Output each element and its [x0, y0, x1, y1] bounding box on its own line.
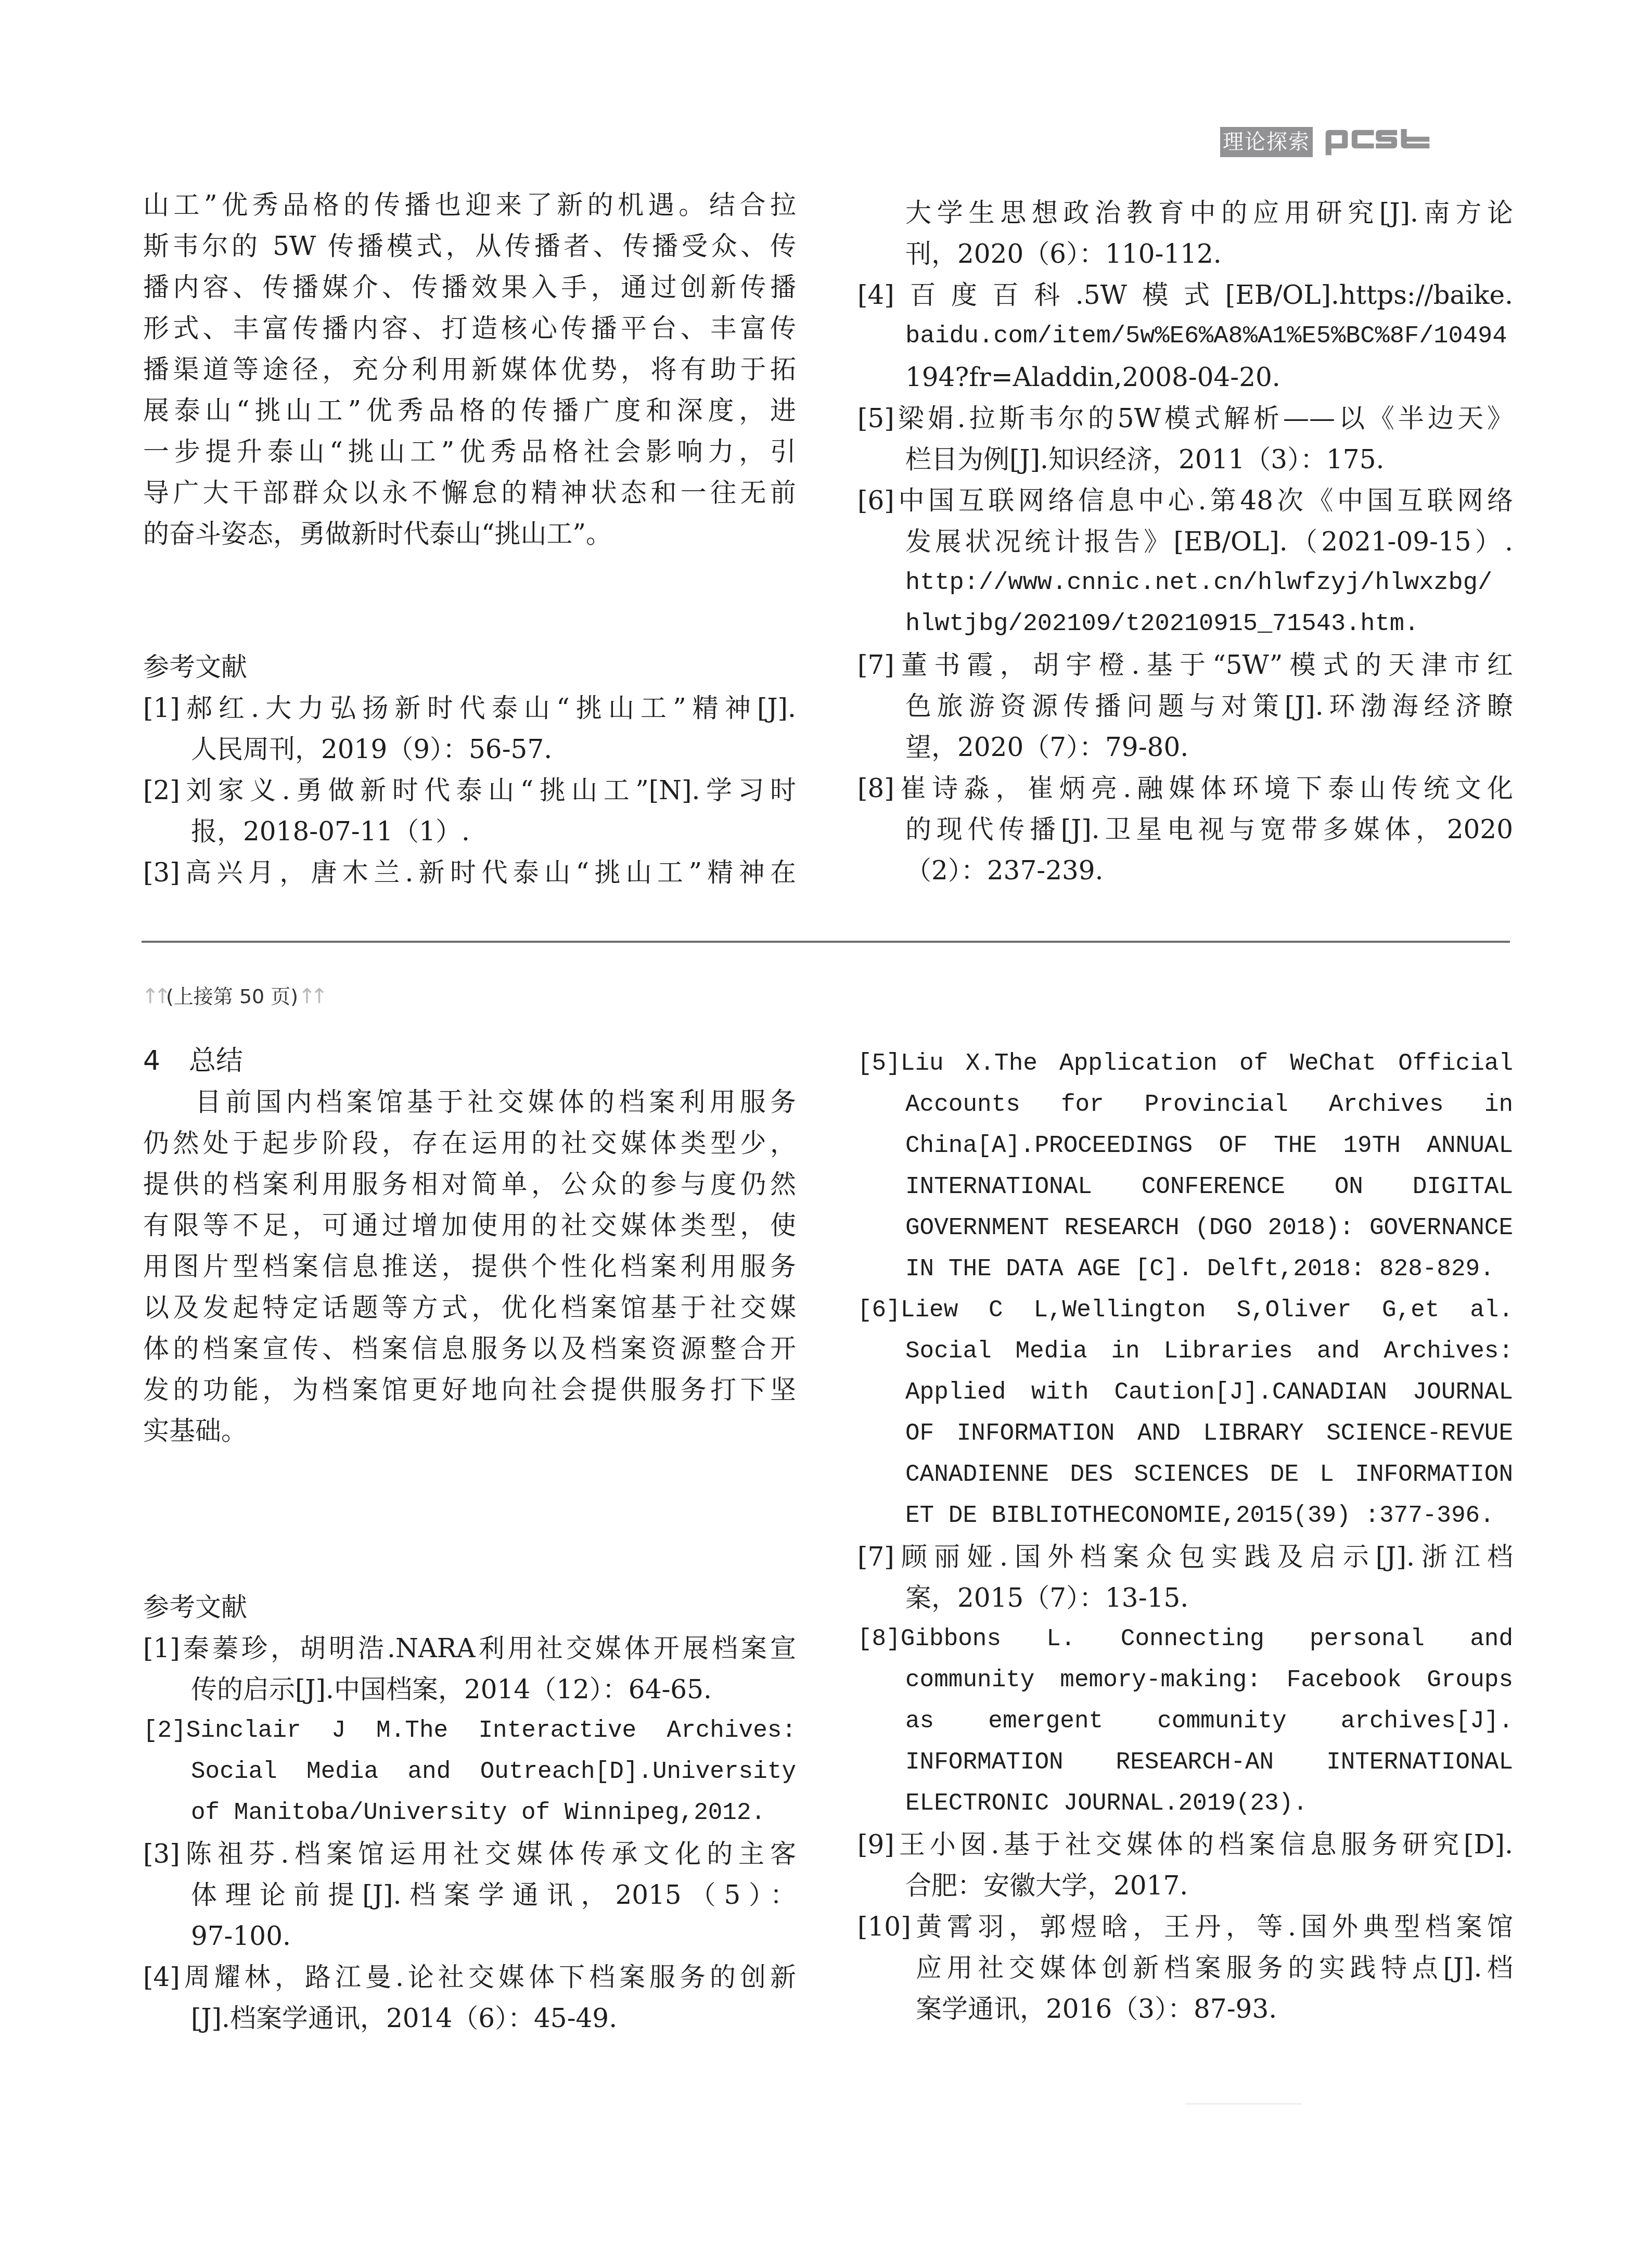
- reference-line: http://www.cnnic.net.cn/hlwfzyj/hlwxzbg/: [857, 562, 1513, 604]
- reference-item: [2]Sinclair J M.The Interactive Archives…: [143, 1710, 796, 1834]
- reference-item: [3]陈祖芬.档案馆运用社交媒体传承文化的主客 体理论前提[J].档案学通讯，2…: [143, 1834, 796, 1957]
- paragraph-line: 发的功能，为档案馆更好地向社会提供服务打下坚: [143, 1369, 796, 1411]
- reference-line: [8]崔诗淼，崔炳亮.融媒体环境下泰山传统文化: [857, 768, 1513, 809]
- conclusion-section: 4总结 目前国内档案馆基于社交媒体的档案利用服务 仍然处于起步阶段，存在运用的社…: [143, 1041, 796, 1452]
- reference-line: of Manitoba/University of Winnipeg,2012.: [143, 1792, 796, 1834]
- reference-line: 人民周刊，2019（9）：56-57.: [143, 729, 796, 770]
- reference-line: 的现代传播[J].卫星电视与宽带多媒体，2020: [857, 809, 1513, 850]
- footer-rule: [1185, 2103, 1302, 2105]
- reference-line: 97-100.: [143, 1916, 796, 1957]
- reference-line: ELECTRONIC JOURNAL.2019(23).: [857, 1783, 1513, 1824]
- reference-line: [1]秦蓁珍，胡明浩.NARA利用社交媒体开展档案宣: [143, 1628, 796, 1669]
- section-badge-label: 理论探索: [1223, 130, 1310, 154]
- paragraph-line: 的奋斗姿态，勇做新时代泰山“挑山工”。: [143, 514, 796, 555]
- paragraph-line: 实基础。: [143, 1411, 796, 1452]
- reference-line: [3]陈祖芬.档案馆运用社交媒体传承文化的主客: [143, 1834, 796, 1875]
- reference-item: [5]Liu X.The Application of WeChat Offic…: [857, 1043, 1513, 1290]
- paragraph-line: 导广大干部群众以永不懈怠的精神状态和一往无前: [143, 472, 796, 514]
- paragraph-line: 展泰山“挑山工”优秀品格的传播广度和深度，进: [143, 390, 796, 431]
- reference-line: 大学生思想政治教育中的应用研究[J].南方论: [857, 193, 1513, 234]
- paragraph-line: 一步提升泰山“挑山工”优秀品格社会影响力，引: [143, 431, 796, 472]
- section-title: 总结: [189, 1045, 243, 1077]
- reference-line: GOVERNMENT RESEARCH (DGO 2018): GOVERNAN…: [857, 1208, 1513, 1249]
- reference-line: Social Media and Outreach[D].University: [143, 1751, 796, 1792]
- paragraph-line: 目前国内档案馆基于社交媒体的档案利用服务: [143, 1082, 796, 1123]
- section-number: 4: [143, 1041, 189, 1082]
- reference-line: ET DE BIBLIOTHECONOMIE,2015(39) :377-396…: [857, 1495, 1513, 1536]
- reference-line: [4]周耀林，路江曼.论社交媒体下档案服务的创新: [143, 1957, 796, 1998]
- paragraph-line: 以及发起特定话题等方式，优化档案馆基于社交媒: [143, 1287, 796, 1328]
- reference-line: [9]王小囡.基于社交媒体的档案信息服务研究[D].: [857, 1824, 1513, 1865]
- reference-line: [4]百度百科.5W模式[EB/OL].https://baike.: [857, 275, 1513, 316]
- reference-item: [2]刘家义.勇做新时代泰山“挑山工”[N].学习时 报，2018-07-11（…: [143, 770, 796, 852]
- reference-item: [5]梁娟.拉斯韦尔的5W模式解析——以《半边天》 栏目为例[J].知识经济，2…: [857, 398, 1513, 480]
- references-heading: 参考文献: [143, 647, 796, 688]
- references-heading: 参考文献: [143, 1587, 796, 1628]
- reference-line: （2）：237-239.: [857, 850, 1513, 891]
- article-divider: [142, 941, 1510, 943]
- continuation-note: ↑↑(上接第 50 页)↑↑: [142, 981, 323, 1012]
- reference-line: [2]Sinclair J M.The Interactive Archives…: [143, 1710, 796, 1751]
- reference-line: 案，2015（7）：13-15.: [857, 1578, 1513, 1619]
- reference-line: OF INFORMATION AND LIBRARY SCIENCE-REVUE: [857, 1413, 1513, 1454]
- top-left-references: 参考文献 [1]郝红.大力弘扬新时代泰山“挑山工”精神[J]. 人民周刊，201…: [143, 647, 796, 893]
- reference-item: [7]顾丽娅.国外档案众包实践及启示[J].浙江档 案，2015（7）：13-1…: [857, 1536, 1513, 1619]
- reference-line: [6]中国互联网络信息中心.第48次《中国互联网络: [857, 480, 1513, 521]
- section-badge: 理论探索: [1220, 127, 1313, 157]
- reference-line: IN THE DATA AGE [C]. Delft,2018: 828-829…: [857, 1249, 1513, 1290]
- reference-line: [7]顾丽娅.国外档案众包实践及启示[J].浙江档: [857, 1536, 1513, 1578]
- reference-line: [5]梁娟.拉斯韦尔的5W模式解析——以《半边天》: [857, 398, 1513, 439]
- paragraph-line: 有限等不足，可通过增加使用的社交媒体类型，使: [143, 1205, 796, 1246]
- paragraph-line: 播内容、传播媒介、传播效果入手，通过创新传播: [143, 267, 796, 308]
- reference-line: [8]Gibbons L. Connecting personal and: [857, 1619, 1513, 1660]
- paragraph-line: 仍然处于起步阶段，存在运用的社交媒体类型少，: [143, 1123, 796, 1164]
- paragraph-line: 形式、丰富传播内容、打造核心传播平台、丰富传: [143, 308, 796, 349]
- pcst-logo-icon: [1322, 129, 1433, 156]
- reference-line: INFORMATION RESEARCH-AN INTERNATIONAL: [857, 1742, 1513, 1783]
- reference-line: 应用社交媒体创新档案服务的实践特点[J].档: [857, 1948, 1513, 1989]
- reference-line: Social Media in Libraries and Archives:: [857, 1331, 1513, 1372]
- reference-line: 望，2020（7）：79-80.: [857, 727, 1513, 768]
- reference-line: [2]刘家义.勇做新时代泰山“挑山工”[N].学习时: [143, 770, 796, 811]
- top-right-references: 大学生思想政治教育中的应用研究[J].南方论 刊，2020（6）：110-112…: [857, 193, 1513, 891]
- reference-line: [7]董书霞，胡宇橙.基于“5W”模式的天津市红: [857, 645, 1513, 686]
- paragraph-line: 山工”优秀品格的传播也迎来了新的机遇。结合拉: [143, 185, 796, 226]
- reference-line: community memory-making: Facebook Groups: [857, 1660, 1513, 1701]
- reference-line: 合肥：安徽大学，2017.: [857, 1865, 1513, 1906]
- reference-item: [8]崔诗淼，崔炳亮.融媒体环境下泰山传统文化 的现代传播[J].卫星电视与宽带…: [857, 768, 1513, 891]
- reference-line: [3]高兴月，唐木兰.新时代泰山“挑山工”精神在: [143, 852, 796, 893]
- reference-line: hlwtjbg/202109/t20210915_71543.htm.: [857, 604, 1513, 645]
- reference-line: [1]郝红.大力弘扬新时代泰山“挑山工”精神[J].: [143, 688, 796, 729]
- bottom-left-references: 参考文献 [1]秦蓁珍，胡明浩.NARA利用社交媒体开展档案宣 传的启示[J].…: [143, 1587, 796, 2039]
- reference-line: [5]Liu X.The Application of WeChat Offic…: [857, 1043, 1513, 1084]
- reference-item: [9]王小囡.基于社交媒体的档案信息服务研究[D]. 合肥：安徽大学，2017.: [857, 1824, 1513, 1906]
- paragraph-line: 播渠道等途径，充分利用新媒体优势，将有助于拓: [143, 349, 796, 390]
- reference-item: [1]秦蓁珍，胡明浩.NARA利用社交媒体开展档案宣 传的启示[J].中国档案，…: [143, 1628, 796, 1710]
- reference-line: [J].档案学通讯，2014（6）：45-49.: [143, 1998, 796, 2039]
- reference-item: [6]中国互联网络信息中心.第48次《中国互联网络 发展状况统计报告》[EB/O…: [857, 480, 1513, 645]
- continuation-text: (上接第 50 页): [166, 985, 298, 1008]
- reference-item: 大学生思想政治教育中的应用研究[J].南方论 刊，2020（6）：110-112…: [857, 193, 1513, 275]
- reference-line: 刊，2020（6）：110-112.: [857, 234, 1513, 275]
- reference-line: 194?fr=Aladdin,2008-04-20.: [857, 357, 1513, 398]
- reference-line: 体理论前提[J].档案学通讯，2015（5）：: [143, 1875, 796, 1916]
- reference-line: INTERNATIONAL CONFERENCE ON DIGITAL: [857, 1167, 1513, 1208]
- paragraph-line: 提供的档案利用服务相对简单，公众的参与度仍然: [143, 1164, 796, 1205]
- paragraph-line: 斯韦尔的 5W 传播模式，从传播者、传播受众、传: [143, 226, 796, 267]
- reference-line: 发展状况统计报告》[EB/OL].（2021-09-15）.: [857, 521, 1513, 562]
- top-left-body: 山工”优秀品格的传播也迎来了新的机遇。结合拉 斯韦尔的 5W 传播模式，从传播者…: [143, 185, 796, 555]
- reference-item: [7]董书霞，胡宇橙.基于“5W”模式的天津市红 色旅游资源传播问题与对策[J]…: [857, 645, 1513, 768]
- reference-line: as emergent community archives[J].: [857, 1701, 1513, 1742]
- reference-line: 色旅游资源传播问题与对策[J].环渤海经济瞭: [857, 686, 1513, 727]
- double-up-arrow-icon: ↑↑: [142, 984, 166, 1008]
- reference-item: [4]周耀林，路江曼.论社交媒体下档案服务的创新 [J].档案学通讯，2014（…: [143, 1957, 796, 2039]
- paragraph-line: 用图片型档案信息推送，提供个性化档案利用服务: [143, 1246, 796, 1287]
- reference-item: [6]Liew C L,Wellington S,Oliver G,et al.…: [857, 1290, 1513, 1536]
- reference-line: Accounts for Provincial Archives in: [857, 1084, 1513, 1125]
- reference-line: China[A].PROCEEDINGS OF THE 19TH ANNUAL: [857, 1125, 1513, 1167]
- paragraph-line: 体的档案宣传、档案信息服务以及档案资源整合开: [143, 1328, 796, 1369]
- reference-line: Applied with Caution[J].CANADIAN JOURNAL: [857, 1372, 1513, 1413]
- bottom-right-references: [5]Liu X.The Application of WeChat Offic…: [857, 1043, 1513, 2030]
- section-heading: 4总结: [143, 1041, 796, 1082]
- reference-line: [6]Liew C L,Wellington S,Oliver G,et al.: [857, 1290, 1513, 1331]
- reference-line: 传的启示[J].中国档案，2014（12）：64-65.: [143, 1669, 796, 1710]
- reference-line: CANADIENNE DES SCIENCES DE L INFORMATION: [857, 1454, 1513, 1495]
- reference-item: [10]黄霄羽，郭煜晗，王丹，等.国外典型档案馆 应用社交媒体创新档案服务的实践…: [857, 1906, 1513, 2030]
- reference-line: 报，2018-07-11（1）.: [143, 811, 796, 852]
- double-up-arrow-icon: ↑↑: [298, 984, 323, 1008]
- reference-item: [1]郝红.大力弘扬新时代泰山“挑山工”精神[J]. 人民周刊，2019（9）：…: [143, 688, 796, 770]
- reference-line: baidu.com/item/5w%E6%A8%A1%E5%BC%8F/1049…: [857, 316, 1513, 357]
- reference-line: 栏目为例[J].知识经济，2011（3）：175.: [857, 439, 1513, 480]
- reference-item: [3]高兴月，唐木兰.新时代泰山“挑山工”精神在: [143, 852, 796, 893]
- reference-item: [8]Gibbons L. Connecting personal and co…: [857, 1619, 1513, 1824]
- reference-line: 案学通讯，2016（3）：87-93.: [857, 1989, 1513, 2030]
- reference-line: [10]黄霄羽，郭煜晗，王丹，等.国外典型档案馆: [857, 1906, 1513, 1948]
- reference-item: [4]百度百科.5W模式[EB/OL].https://baike. baidu…: [857, 275, 1513, 398]
